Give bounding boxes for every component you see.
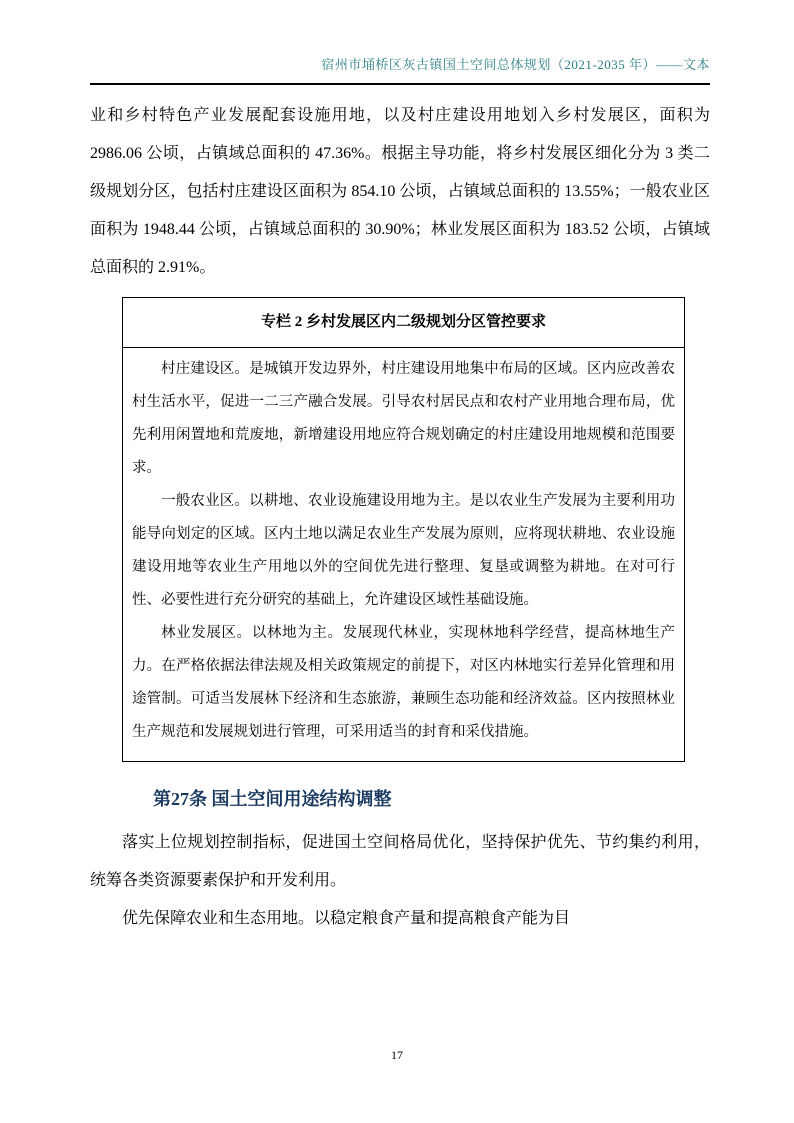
body-paragraph-land-use-zones: 业和乡村特色产业发展配套设施用地，以及村庄建设用地划入乡村发展区，面积为 298…	[90, 97, 710, 287]
running-header-title: 宿州市埇桥区灰古镇国土空间总体规划（2021-2035 年）——文本	[90, 56, 710, 74]
section-heading-article-27: 第27条 国土空间用途结构调整	[153, 786, 710, 812]
page-number: 17	[0, 1048, 794, 1063]
callout-box-column-2: 专栏 2 乡村发展区内二级规划分区管控要求 村庄建设区。是城镇开发边界外，村庄建…	[122, 297, 685, 762]
document-page: 宿州市埇桥区灰古镇国土空间总体规划（2021-2035 年）——文本 业和乡村特…	[0, 0, 794, 1123]
section-paragraph-1: 落实上位规划控制指标，促进国土空间格局优化，坚持保护优先、节约集约利用，统筹各类…	[90, 824, 710, 900]
callout-paragraph-village-construction-zone: 村庄建设区。是城镇开发边界外，村庄建设用地集中布局的区域。区内应改善农村生活水平…	[132, 353, 675, 485]
callout-box-body: 村庄建设区。是城镇开发边界外，村庄建设用地集中布局的区域。区内应改善农村生活水平…	[123, 348, 684, 761]
header-rule	[90, 83, 710, 85]
callout-box-title: 专栏 2 乡村发展区内二级规划分区管控要求	[123, 298, 684, 348]
callout-paragraph-general-agriculture-zone: 一般农业区。以耕地、农业设施建设用地为主。是以农业生产发展为主要利用功能导向划定…	[132, 485, 675, 617]
callout-paragraph-forestry-development-zone: 林业发展区。以林地为主。发展现代林业，实现林地科学经营，提高林地生产力。在严格依…	[132, 617, 675, 749]
section-paragraph-2: 优先保障农业和生态用地。以稳定粮食产量和提高粮食产能为目	[90, 900, 710, 938]
